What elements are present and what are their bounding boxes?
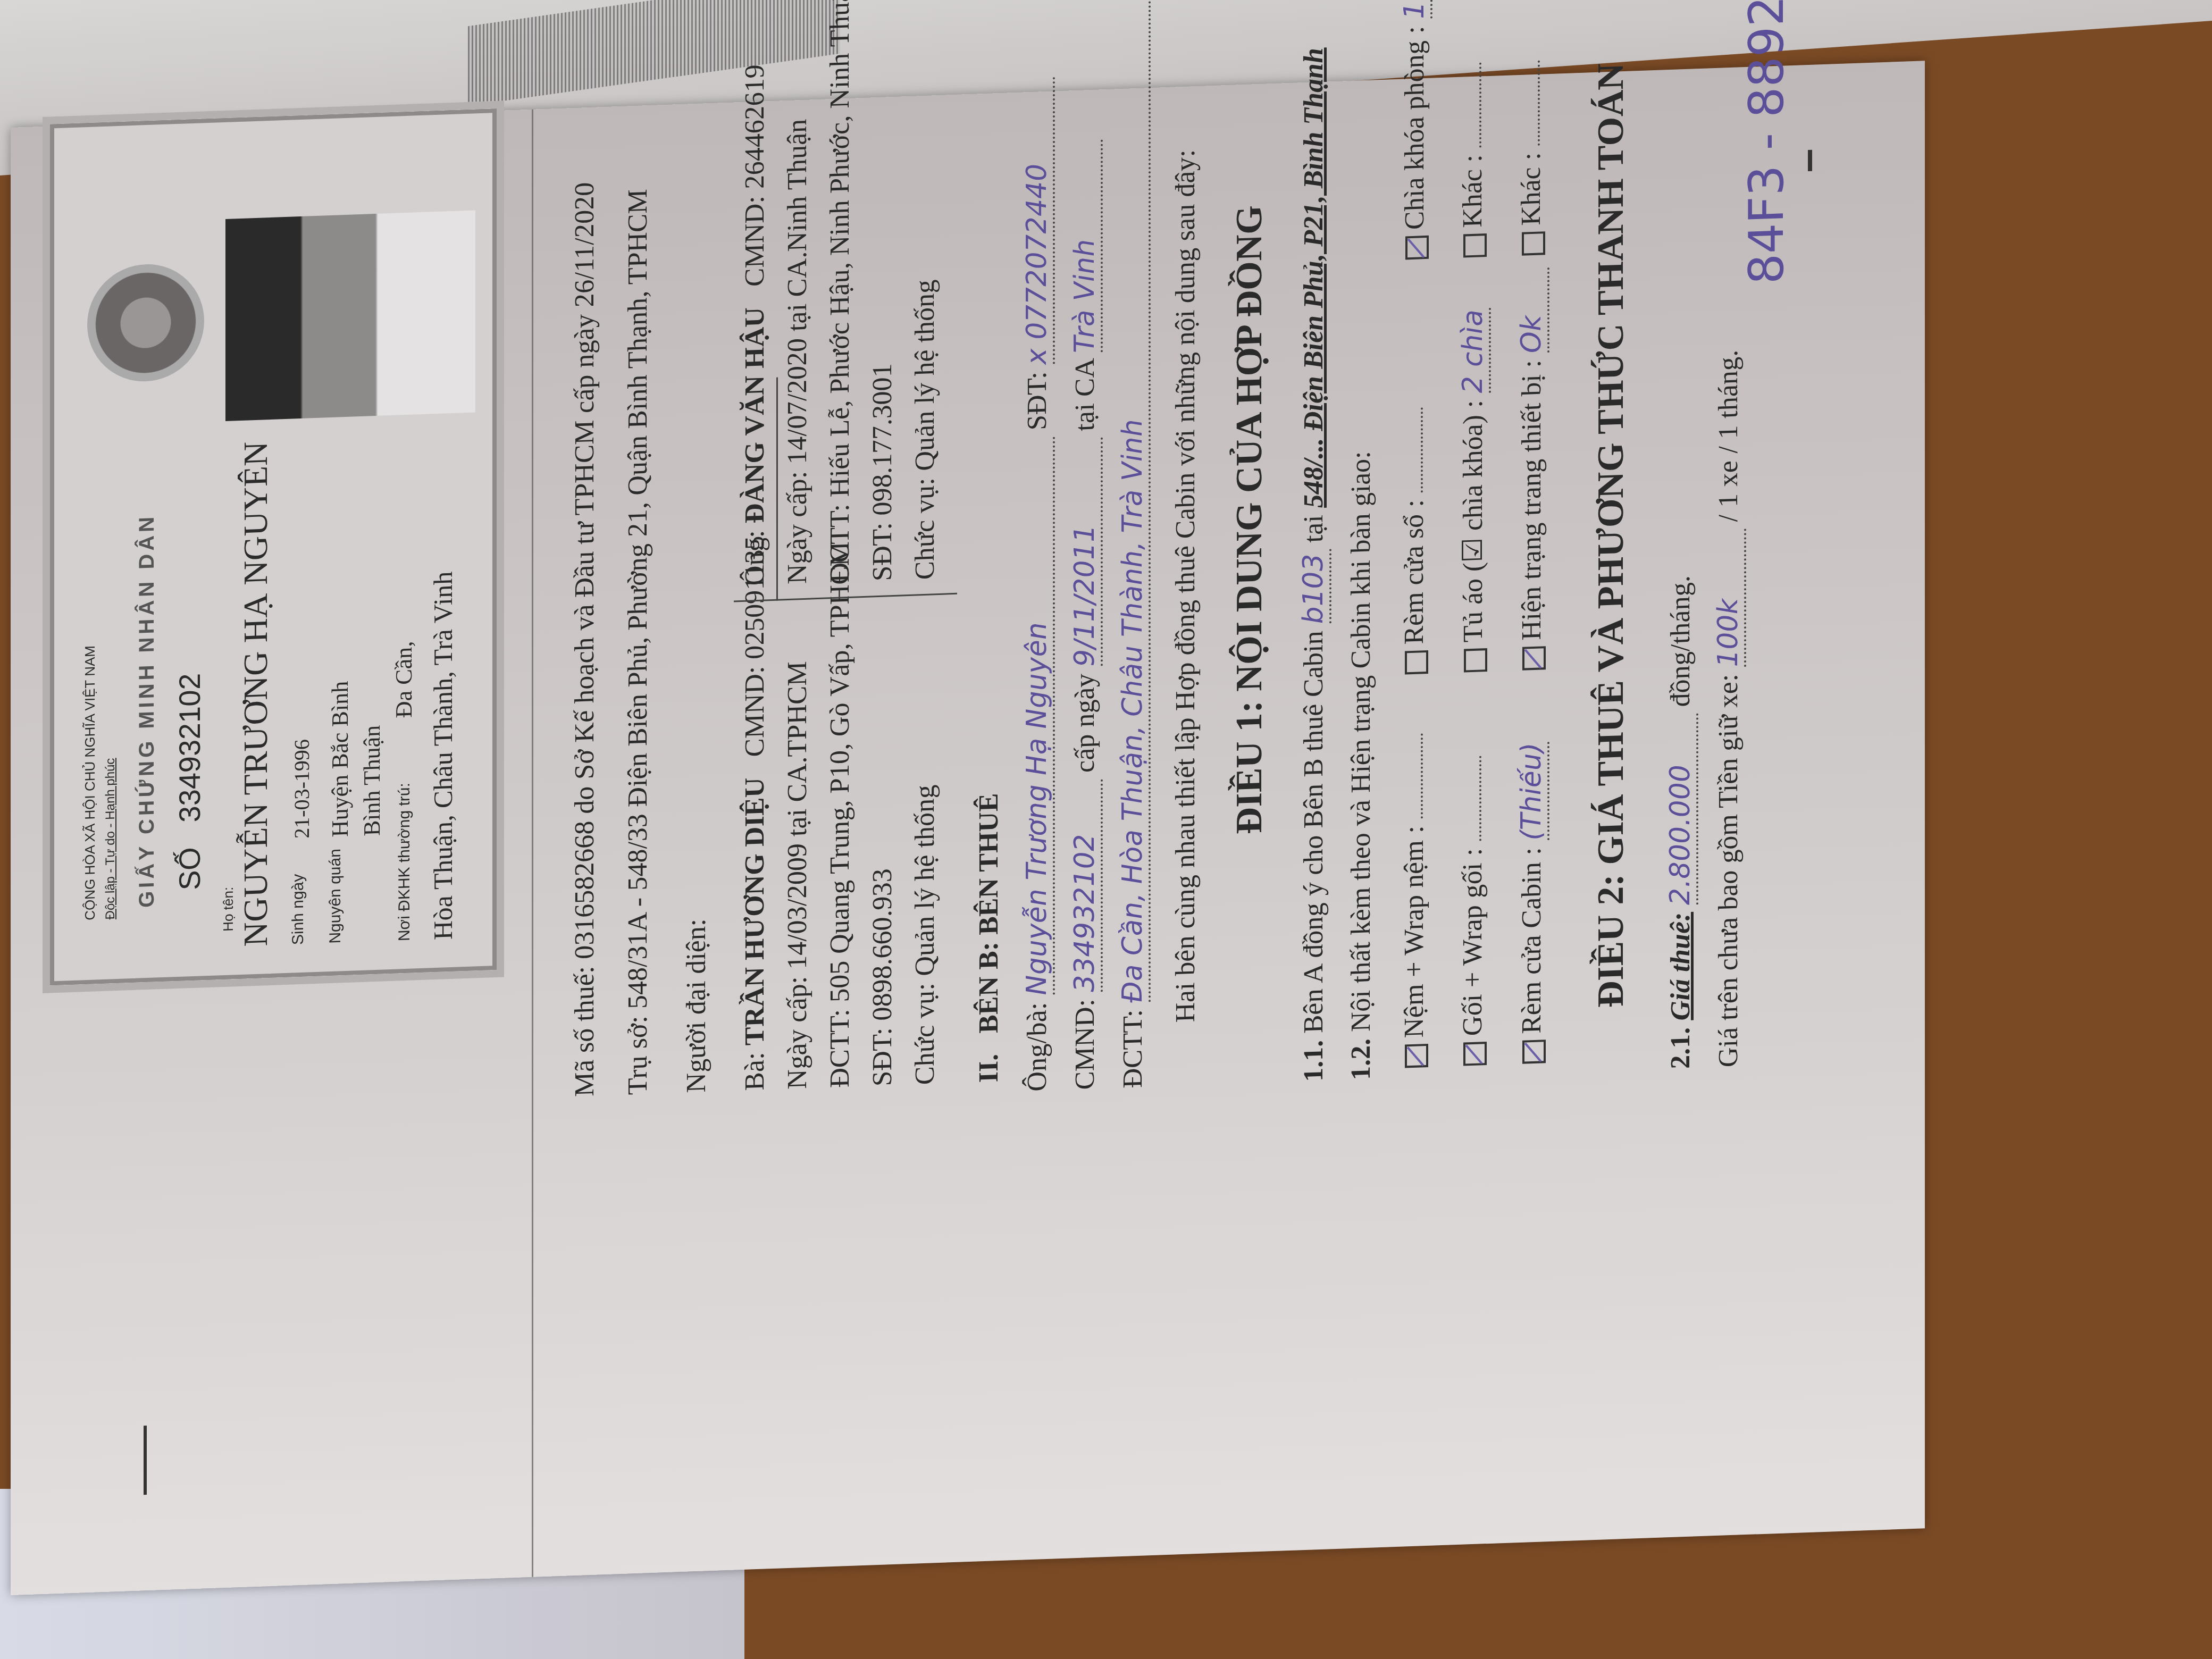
representative-label: Người đại diện: <box>681 918 712 1093</box>
checklist-item: Khác : <box>1457 62 1488 258</box>
checklist-item: Chìa khóa phòng : 1 chìa <box>1398 0 1432 260</box>
id-photo <box>225 210 475 421</box>
party-b-name-field[interactable]: Nguyễn Trương Hạ Nguyên <box>1021 437 1055 996</box>
checklist-value[interactable] <box>1421 407 1423 492</box>
checklist-value[interactable]: 2 chìa <box>1457 308 1491 394</box>
cabin-field[interactable]: b103 <box>1297 549 1331 624</box>
rep1-position-line: Chức vụ: Quản lý hệ thống <box>909 784 941 1085</box>
party-b-phone-field[interactable]: x 0772072440 <box>1021 77 1055 365</box>
national-emblem-icon <box>87 262 204 383</box>
article1-title: ĐIỀU 1: NỘI DUNG CỦA HỢP ĐỒNG <box>1228 205 1271 835</box>
rep-underline <box>776 378 778 601</box>
party-b-issued-at-field[interactable]: Trà Vinh <box>1069 139 1103 353</box>
id-motto: Độc lập - Tự do - Hạnh phúc <box>103 758 118 920</box>
head-office-line: Trụ sở: 548/31A - 548/33 Điện Biên Phủ, … <box>622 189 653 1095</box>
checklist-value[interactable]: 1 chìa <box>1398 0 1432 20</box>
parking-line: Giá trên chưa bao gồm Tiền giữ xe: 100k … <box>1712 349 1746 1068</box>
id-country: CỘNG HÒA XÃ HỘI CHỦ NGHĨA VIỆT NAM <box>82 646 98 921</box>
page-mark <box>1808 150 1812 171</box>
id-card-copy: CỘNG HÒA XÃ HỘI CHỦ NGHĨA VIỆT NAM Độc l… <box>43 101 504 993</box>
margin-mark <box>144 1426 147 1495</box>
checklist-label: Chìa khóa phòng : <box>1400 19 1430 230</box>
id-name-label: Họ tên: <box>220 886 237 932</box>
rep1-issue-line: Ngày cấp: 14/03/2009 tại CA.TPHCM <box>782 661 813 1090</box>
rep2-phone-line: SĐT: 098.177.3001 <box>867 363 898 582</box>
checklist-label: Gối + Wrap gối : <box>1457 841 1488 1036</box>
rep2-address-line: ĐCTT: Hiếu Lễ, Phước Hậu, Ninh Phước, Ni… <box>824 0 856 583</box>
checklist-item: Rèm cửa Cabin : (Thiếu) <box>1515 742 1549 1064</box>
checkbox[interactable] <box>1405 650 1428 675</box>
checklist-label: Rèm cửa Cabin : <box>1516 840 1547 1034</box>
checklist-item: Hiện trạng trang thiết bị : Ok <box>1515 267 1549 671</box>
checklist-label: Rèm cửa sổ : <box>1399 492 1429 645</box>
rep2-name-line: Ông: ĐÀNG VĂN HẬU CMND: 264462619 <box>739 64 770 586</box>
party-b-issue-date-field[interactable]: 9/11/2011 <box>1069 438 1103 667</box>
tax-code-line: Mã số thuế: 0316582668 do Sở Kế hoạch và… <box>569 182 600 1097</box>
rep2-issue-line: Ngày cấp: 14/07/2020 tại CA.Ninh Thuận <box>782 119 813 584</box>
id-origin-label: Nguyên quán <box>326 849 345 944</box>
party-b-address-row: ĐCTT: Đa Cần, Hòa Thuận, Châu Thành, Trà… <box>1117 0 1151 1088</box>
cabin-address: 548/... Điện Biên Phủ, P21, Bình Thạnh <box>1298 47 1329 508</box>
checklist-item: Khác : <box>1515 60 1547 256</box>
checklist-value[interactable]: Ok <box>1515 267 1549 354</box>
party-b-id-field[interactable]: 334932102 <box>1069 779 1103 993</box>
checkbox[interactable] <box>1405 1044 1428 1068</box>
rep1-phone-line: SĐT: 0898.660.933 <box>867 868 898 1087</box>
rep2-position-line: Chức vụ: Quản lý hệ thống <box>909 279 941 580</box>
id-name: NGUYỄN TRƯƠNG HẠ NGUYÊN <box>236 441 275 947</box>
id-origin-2: Bình Thuận <box>358 725 386 836</box>
rep1-name-line: Bà: TRẦN HƯƠNG DIỆU CMND: 025091135 <box>739 535 770 1091</box>
id-dob: 21-03-1996 <box>289 739 314 839</box>
id-origin-1: Huyện Bắc Bình <box>326 681 354 837</box>
rent-field[interactable]: 2.800.000 <box>1664 713 1698 906</box>
checklist-label: Hiện trạng trang thiết bị : <box>1516 353 1547 641</box>
id-residence-label: Nơi ĐKHK thường trú: <box>396 783 414 942</box>
party-b-address-field[interactable]: Đa Cần, Hòa Thuận, Châu Thành, Trà Vinh <box>1117 0 1151 1003</box>
handwritten-plate-note: 84F3 - 88924 <box>1739 0 1795 286</box>
checkbox[interactable] <box>1463 1042 1487 1066</box>
parking-fee-field[interactable]: 100k <box>1712 529 1746 668</box>
id-number: SỐ 334932102 <box>172 673 207 891</box>
checklist-item: Gối + Wrap gối : <box>1457 756 1488 1066</box>
article2-title: ĐIỀU 2: GIÁ THUÊ VÀ PHƯƠNG THỨC THANH TO… <box>1590 62 1632 1008</box>
checklist-item: Nệm + Wrap nệm : <box>1398 733 1430 1068</box>
checklist-label: Tủ áo (☑ chìa khóa) : <box>1458 393 1488 643</box>
id-residence-1: Đa Cần, <box>390 641 417 718</box>
party-b-id-row: CMND: 334932102 cấp ngày 9/11/2011 tại C… <box>1069 139 1103 1090</box>
checklist-value[interactable] <box>1538 60 1540 145</box>
clause-1-1: 1.1. Bên A đồng ý cho Bên B thuê Cabin b… <box>1297 47 1331 1083</box>
checkbox[interactable] <box>1522 231 1545 256</box>
party-b-name-row: Ông/bà: Nguyễn Trương Hạ Nguyên SĐT: x 0… <box>1021 77 1055 1092</box>
checklist-item: Tủ áo (☑ chìa khóa) : 2 chìa <box>1457 308 1491 673</box>
checkbox[interactable] <box>1464 648 1487 673</box>
checklist-item: Rèm cửa sổ : <box>1398 407 1430 675</box>
party-b-heading: II. BÊN B: BÊN THUÊ <box>973 793 1004 1083</box>
checklist-label: Khác : <box>1516 145 1546 226</box>
checkbox[interactable] <box>1522 646 1546 671</box>
checklist-label: Nệm + Wrap nệm : <box>1399 818 1429 1038</box>
checklist-value[interactable] <box>1421 733 1423 818</box>
checkbox[interactable] <box>1522 1040 1546 1064</box>
clause-1-2: 1.2. Nội thất kèm theo và Hiện trạng Cab… <box>1345 451 1377 1081</box>
id-doc-type: GIẤY CHỨNG MINH NHÂN DÂN <box>135 513 159 908</box>
checkbox[interactable] <box>1463 233 1487 258</box>
rep1-address-line: ĐCTT: 505 Quang Trung, P10, Gò Vấp, TPHC… <box>824 541 856 1088</box>
contract-page: CỘNG HÒA XÃ HỘI CHỦ NGHĨA VIỆT NAM Độc l… <box>11 61 1925 1595</box>
checklist-label: Khác : <box>1457 147 1488 228</box>
clause-2-1: 2.1. Giá thuê: 2.800.000 đồng/tháng. <box>1664 575 1698 1069</box>
checklist-value[interactable]: (Thiếu) <box>1515 742 1549 841</box>
id-residence-2: Hòa Thuận, Châu Thành, Trà Vinh <box>428 571 458 941</box>
checklist-value[interactable] <box>1479 62 1481 147</box>
agreement-line: Hai bên cùng nhau thiết lập Hợp đồng thu… <box>1170 149 1201 1023</box>
margin-line <box>532 110 533 1577</box>
checkbox[interactable] <box>1405 236 1429 260</box>
id-dob-label: Sinh ngày <box>289 874 307 945</box>
checklist-value[interactable] <box>1479 756 1481 841</box>
